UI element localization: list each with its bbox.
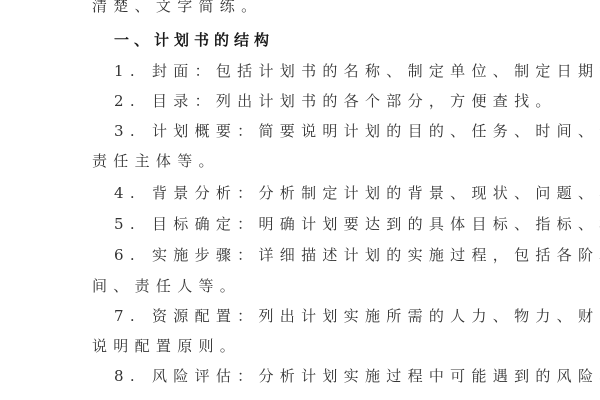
list-item-steps-continuation: 间、责任人等。 (92, 276, 522, 296)
section-heading: 一、计划书的结构 (114, 30, 544, 50)
list-item-cover: 1. 封面：包括计划书的名称、制定单位、制定日期等。 (114, 61, 544, 81)
list-item-risk: 8. 风险评估：分析计划实施过程中可能遇到的风险、问题、对策 (114, 366, 544, 386)
list-item-resources: 7. 资源配置：列出计划实施所需的人力、物力、财力等资源，并 (114, 306, 544, 326)
document-page: 清楚、文字简练。 一、计划书的结构 1. 封面：包括计划书的名称、制定单位、制定… (0, 0, 600, 400)
list-item-goals: 5. 目标确定：明确计划要达到的具体目标、指标、标准等。 (114, 214, 544, 234)
list-item-summary: 3. 计划概要：简要说明计划的目的、任务、时间、范围、依据、 (114, 121, 544, 141)
list-item-resources-continuation: 说明配置原则。 (92, 336, 522, 356)
list-item-toc: 2. 目录：列出计划书的各个部分，方便查找。 (114, 91, 544, 111)
list-item-background: 4. 背景分析：分析制定计划的背景、现状、问题、必要性等。 (114, 183, 544, 203)
list-item-steps: 6. 实施步骤：详细描述计划的实施过程，包括各阶段的任务、时 (114, 245, 544, 265)
paragraph-continuation: 清楚、文字简练。 (92, 0, 522, 16)
list-item-summary-continuation: 责任主体等。 (92, 151, 522, 171)
